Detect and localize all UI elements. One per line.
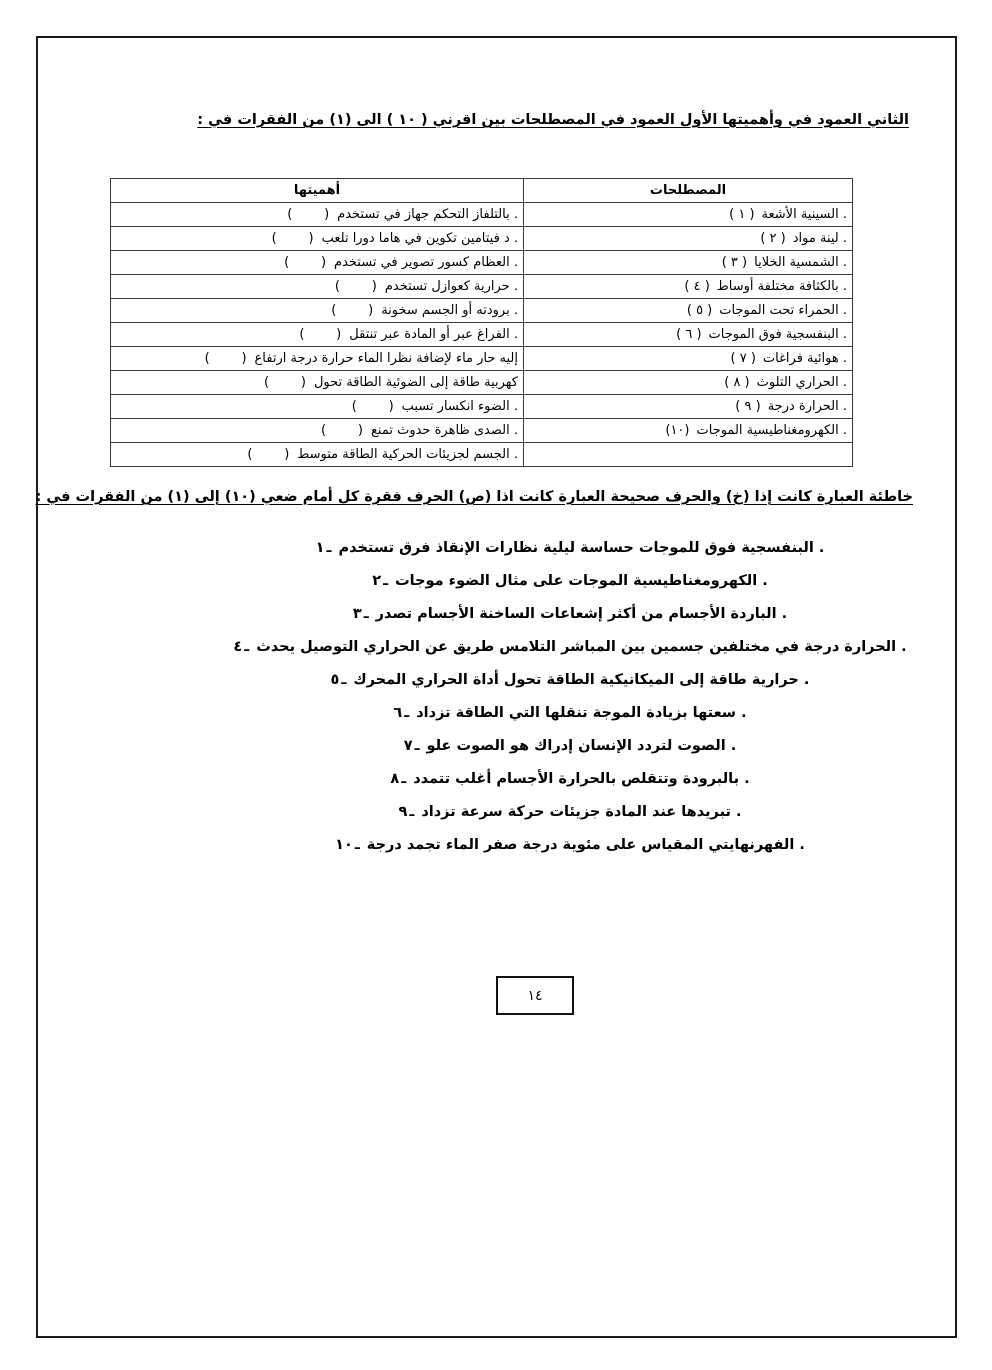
page-border: : الثاني العمود في وأهميتها الأول العمود… xyxy=(36,36,957,1338)
importance-cell: ( ) كهربية طاقة إلى الضوئية الطاقة تحول xyxy=(111,371,524,395)
importance-cell: ( ) . العظام كسور تصوير في تستخدم xyxy=(111,251,524,275)
item-number: ٩ xyxy=(399,804,408,820)
importance-cell: ( ) . الفراغ عبر أو المادة عبر تنتقل xyxy=(111,323,524,347)
item-dash: ـ xyxy=(383,573,388,589)
item-text: . البنفسجية فوق للموجات حساسة ليلية نظار… xyxy=(338,540,824,556)
term-number: ( ٥ ) xyxy=(687,303,712,318)
terms-header-cell: المصطلحات xyxy=(524,179,853,203)
importance-cell: ( ) . الضوء انكسار تسبب xyxy=(111,395,524,419)
term-number: ( ٩ ) xyxy=(735,399,760,414)
importance-text: . الجسم لجزيئات الحركية الطاقة متوسط xyxy=(297,447,518,462)
item-number: ١٠ xyxy=(335,837,353,853)
importance-text: . الضوء انكسار تسبب xyxy=(402,399,518,414)
answer-blank: ( ) xyxy=(284,255,327,270)
table-row: ( ) . الجسم لجزيئات الحركية الطاقة متوسط xyxy=(111,443,853,467)
item-number: ١ xyxy=(316,540,325,556)
truefalse-item: ٤ ـ . الحرارة درجة في مختلفين جسمين بين … xyxy=(234,630,906,663)
term-text: . هوائية فراغات xyxy=(763,351,847,366)
page-number-box: ١٤ xyxy=(496,976,574,1015)
importance-text: إليه حار ماء لإضافة نظرا الماء حرارة درج… xyxy=(255,351,518,366)
importance-header-cell: أهميتها xyxy=(111,179,524,203)
term-text: . الحمراء تحت الموجات xyxy=(719,303,847,318)
table-row: ( ) . الضوء انكسار تسبب ( ٩ ) . الحرارة … xyxy=(111,395,853,419)
term-cell: ( ٤ ) . بالكثافة مختلفة أوساط xyxy=(524,275,853,299)
term-text: . الحرارة درجة xyxy=(768,399,847,414)
answer-blank: ( ) xyxy=(287,207,330,222)
truefalse-item: ٦ ـ . سعتها بزيادة الموجة تنقلها التي ال… xyxy=(234,696,906,729)
item-dash: ـ xyxy=(244,639,249,655)
item-dash: ـ xyxy=(401,771,406,787)
item-text: . حرارية طاقة إلى الميكانيكية الطاقة تحو… xyxy=(353,672,809,688)
table-row: ( ) كهربية طاقة إلى الضوئية الطاقة تحول … xyxy=(111,371,853,395)
importance-cell: ( ) . برودته أو الجسم سخونة xyxy=(111,299,524,323)
importance-text: . الفراغ عبر أو المادة عبر تنتقل xyxy=(349,327,518,342)
importance-text: . حرارية كعوازل تستخدم xyxy=(385,279,518,294)
answer-blank: ( ) xyxy=(299,327,342,342)
term-cell: ( ٥ ) . الحمراء تحت الموجات xyxy=(524,299,853,323)
page-number: ١٤ xyxy=(527,988,542,1004)
item-dash: ـ xyxy=(326,540,331,556)
item-text: . الحرارة درجة في مختلفين جسمين بين المب… xyxy=(256,639,906,655)
term-number: ( ١ ) xyxy=(729,207,754,222)
term-text: . السينية الأشعة xyxy=(762,207,847,222)
answer-blank: ( ) xyxy=(331,303,374,318)
term-number: ( ٤ ) xyxy=(684,279,709,294)
matching-section-heading: : الثاني العمود في وأهميتها الأول العمود… xyxy=(197,112,909,128)
term-number: (١٠) xyxy=(665,423,689,438)
item-text: . سعتها بزيادة الموجة تنقلها التي الطاقة… xyxy=(416,705,746,721)
importance-cell: ( ) . الصدى ظاهرة حدوث تمنع xyxy=(111,419,524,443)
table-row: ( ) . د فيتامين تكوين في هاما دورا تلعب … xyxy=(111,227,853,251)
item-number: ٥ xyxy=(331,672,340,688)
truefalse-section-heading: : خاطئة العبارة كانت إذا (خ) والحرف صحيح… xyxy=(35,489,913,505)
importance-cell: ( ) إليه حار ماء لإضافة نظرا الماء حرارة… xyxy=(111,347,524,371)
term-text: . البنفسجية فوق الموجات xyxy=(709,327,847,342)
table-row: ( ) . حرارية كعوازل تستخدم ( ٤ ) . بالكث… xyxy=(111,275,853,299)
term-text: . الشمسية الخلايا xyxy=(754,255,847,270)
answer-blank: ( ) xyxy=(321,423,364,438)
truefalse-item: ٧ ـ . الصوت لتردد الإنسان إدراك هو الصوت… xyxy=(234,729,906,762)
importance-cell: ( ) . الجسم لجزيئات الحركية الطاقة متوسط xyxy=(111,443,524,467)
item-text: . الكهرومغناطيسية الموجات على مثال الضوء… xyxy=(395,573,768,589)
term-cell: ( ٧ ) . هوائية فراغات xyxy=(524,347,853,371)
term-number: ( ٧ ) xyxy=(730,351,755,366)
term-text: . لينة مواد xyxy=(793,231,847,246)
item-text: . بالبرودة وتتقلص بالحرارة الأجسام أغلب … xyxy=(413,771,749,787)
term-number: ( ٦ ) xyxy=(676,327,701,342)
item-number: ٧ xyxy=(404,738,413,754)
item-number: ٦ xyxy=(393,705,402,721)
table-row: ( ) . العظام كسور تصوير في تستخدم ( ٣ ) … xyxy=(111,251,853,275)
item-dash: ـ xyxy=(415,738,420,754)
truefalse-item: ٩ ـ . تبريدها عند المادة جزيئات حركة سرع… xyxy=(234,795,906,828)
table-row: ( ) . بالتلفاز التحكم جهاز في تستخدم ( ١… xyxy=(111,203,853,227)
item-text: . الصوت لتردد الإنسان إدراك هو الصوت علو xyxy=(427,738,737,754)
truefalse-items: ١ ـ . البنفسجية فوق للموجات حساسة ليلية … xyxy=(234,531,906,861)
importance-text: . د فيتامين تكوين في هاما دورا تلعب xyxy=(322,231,518,246)
truefalse-item: ١ ـ . البنفسجية فوق للموجات حساسة ليلية … xyxy=(234,531,906,564)
answer-blank: ( ) xyxy=(247,447,290,462)
item-dash: ـ xyxy=(409,804,414,820)
importance-text: . الصدى ظاهرة حدوث تمنع xyxy=(371,423,518,438)
importance-cell: ( ) . بالتلفاز التحكم جهاز في تستخدم xyxy=(111,203,524,227)
item-text: . تبريدها عند المادة جزيئات حركة سرعة تز… xyxy=(421,804,741,820)
term-number: ( ٨ ) xyxy=(724,375,749,390)
document-page: : الثاني العمود في وأهميتها الأول العمود… xyxy=(0,0,992,1370)
item-text: . الباردة الأجسام من أكثر إشعاعات الساخن… xyxy=(376,606,788,622)
term-text: . بالكثافة مختلفة أوساط xyxy=(717,279,847,294)
term-cell: ( ١ ) . السينية الأشعة xyxy=(524,203,853,227)
importance-cell: ( ) . حرارية كعوازل تستخدم xyxy=(111,275,524,299)
importance-text: . برودته أو الجسم سخونة xyxy=(381,303,518,318)
term-cell: (١٠) . الكهرومغناطيسية الموجات xyxy=(524,419,853,443)
item-number: ٤ xyxy=(233,639,242,655)
term-cell: ( ٦ ) . البنفسجية فوق الموجات xyxy=(524,323,853,347)
importance-cell: ( ) . د فيتامين تكوين في هاما دورا تلعب xyxy=(111,227,524,251)
table-row: ( ) . الفراغ عبر أو المادة عبر تنتقل ( ٦… xyxy=(111,323,853,347)
table-row: ( ) . الصدى ظاهرة حدوث تمنع (١٠) . الكهر… xyxy=(111,419,853,443)
importance-text: . العظام كسور تصوير في تستخدم xyxy=(334,255,518,270)
truefalse-item: ٥ ـ . حرارية طاقة إلى الميكانيكية الطاقة… xyxy=(234,663,906,696)
item-dash: ـ xyxy=(341,672,346,688)
item-number: ٨ xyxy=(390,771,399,787)
truefalse-item: ١٠ ـ . الفهرنهايتي المقياس على مئوية درج… xyxy=(234,828,906,861)
item-dash: ـ xyxy=(355,837,360,853)
truefalse-item: ٣ ـ . الباردة الأجسام من أكثر إشعاعات ال… xyxy=(234,597,906,630)
answer-blank: ( ) xyxy=(272,231,315,246)
table-row: ( ) إليه حار ماء لإضافة نظرا الماء حرارة… xyxy=(111,347,853,371)
matching-table: أهميتها المصطلحات ( ) . بالتلفاز التحكم … xyxy=(110,178,853,467)
table-header-row: أهميتها المصطلحات xyxy=(111,179,853,203)
truefalse-item: ٢ ـ . الكهرومغناطيسية الموجات على مثال ا… xyxy=(234,564,906,597)
term-cell: ( ٨ ) . الحراري التلوث xyxy=(524,371,853,395)
item-number: ٢ xyxy=(372,573,381,589)
importance-text: . بالتلفاز التحكم جهاز في تستخدم xyxy=(337,207,518,222)
term-cell: ( ٣ ) . الشمسية الخلايا xyxy=(524,251,853,275)
item-dash: ـ xyxy=(404,705,409,721)
term-number: ( ٢ ) xyxy=(760,231,785,246)
answer-blank: ( ) xyxy=(205,351,248,366)
answer-blank: ( ) xyxy=(264,375,307,390)
table-row: ( ) . برودته أو الجسم سخونة ( ٥ ) . الحم… xyxy=(111,299,853,323)
item-text: . الفهرنهايتي المقياس على مئوية درجة صفر… xyxy=(367,837,805,853)
term-number: ( ٣ ) xyxy=(722,255,747,270)
term-cell: ( ٩ ) . الحرارة درجة xyxy=(524,395,853,419)
truefalse-item: ٨ ـ . بالبرودة وتتقلص بالحرارة الأجسام أ… xyxy=(234,762,906,795)
term-text: . الحراري التلوث xyxy=(757,375,847,390)
answer-blank: ( ) xyxy=(335,279,378,294)
term-cell xyxy=(524,443,853,467)
item-number: ٣ xyxy=(353,606,362,622)
answer-blank: ( ) xyxy=(352,399,395,414)
term-text: . الكهرومغناطيسية الموجات xyxy=(696,423,847,438)
importance-text: كهربية طاقة إلى الضوئية الطاقة تحول xyxy=(314,375,518,390)
term-cell: ( ٢ ) . لينة مواد xyxy=(524,227,853,251)
item-dash: ـ xyxy=(364,606,369,622)
